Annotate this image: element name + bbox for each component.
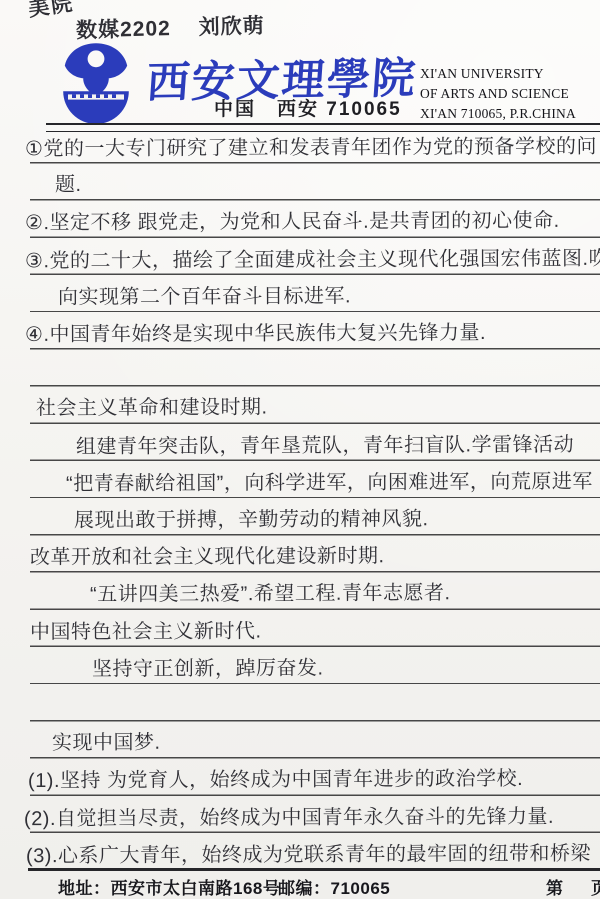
handwritten-line: (2).自觉担当尽责，始终成为中国青年永久奋斗的先锋力量.: [24, 802, 554, 834]
handwritten-line: 向实现第二个百年奋斗目标进军.: [58, 281, 351, 312]
footer-page-prefix: 第: [546, 874, 564, 899]
scanned-letterhead-page: 美院 数媒2202刘欣萌 西安文理學院 中国 西安 710065 XI'AN: [0, 0, 600, 899]
footer-page-suffix: 页: [591, 874, 600, 899]
handwritten-line: 展现出敢于拼搏，辛勤劳动的精神风貌.: [74, 504, 429, 536]
handwritten-line: ②.坚定不移 跟党走，为党和人民奋斗.是共青团的初心使命.: [25, 206, 560, 238]
handwritten-heading: 实现中国梦.: [52, 728, 161, 758]
handwritten-line: ④.中国青年始终是实现中华民族伟大复兴先锋力量.: [25, 318, 486, 350]
handwritten-line: (3).心系广大青年，始终成为党联系青年的最牢固的纽带和桥梁: [26, 839, 591, 871]
handwritten-heading: 中国特色社会主义新时代.: [30, 616, 262, 647]
english-line-1: XI'AN UNIVERSITY: [420, 64, 600, 84]
handwritten-line: 组建青年突击队，青年垦荒队，青年扫盲队.学雷锋活动: [76, 430, 574, 462]
footer-postcode: 邮编：710065: [278, 874, 390, 899]
handwritten-heading: 社会主义革命和建设时期.: [36, 392, 268, 423]
locality-line: 中国 西安 710065: [214, 94, 402, 121]
handwritten-line: “把青春献给祖国”，向科学进军，向困难进军，向荒原进军: [66, 467, 593, 499]
class-name: 数媒2202: [76, 17, 171, 42]
english-line-3: XI'AN 710065, P.R.CHINA: [420, 104, 600, 124]
corner-note: 美院: [26, 0, 76, 23]
university-emblem-icon: [56, 42, 136, 126]
handwritten-line: ①党的一大专门研究了建立和发表青年团作为党的预备学校的问: [25, 132, 597, 164]
handwritten-line: “五讲四美三热爱”.希望工程.青年志愿者.: [90, 578, 451, 610]
university-name-english: XI'AN UNIVERSITY OF ARTS AND SCIENCE XI'…: [420, 64, 600, 124]
handwritten-line: ③.党的二十大，描绘了全面建成社会主义现代化强国宏伟蓝图.吹响了: [25, 244, 600, 277]
english-line-2: OF ARTS AND SCIENCE: [420, 84, 600, 104]
handwritten-line: (1).坚持 为党育人，始终成为中国青年进步的政治学校.: [28, 764, 523, 796]
student-info: 数媒2202刘欣萌: [76, 10, 265, 45]
footer-address: 地址：西安市太白南路168号: [58, 874, 280, 899]
handwritten-heading: 改革开放和社会主义现代化建设新时期.: [30, 541, 385, 573]
letterhead-divider: [46, 123, 600, 132]
handwritten-line: 坚持守正创新，踔厉奋发.: [92, 653, 324, 684]
student-name: 刘欣萌: [198, 15, 265, 40]
handwritten-line: 题.: [55, 170, 82, 200]
